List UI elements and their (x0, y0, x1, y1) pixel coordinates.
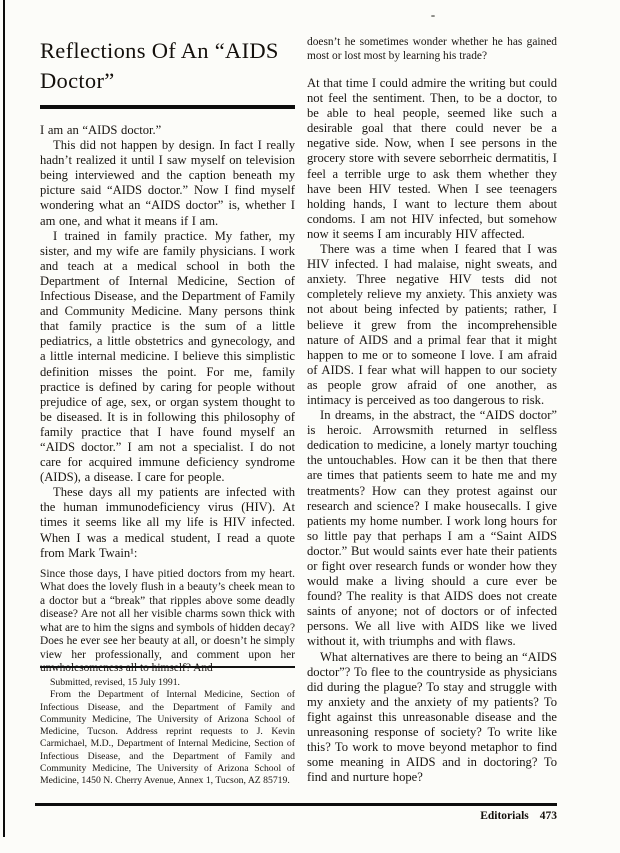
section-label: Editorials (480, 810, 529, 822)
footnote-affiliation: From the Department of Internal Medicine… (40, 689, 295, 787)
paragraph: There was a time when I feared that I wa… (307, 242, 557, 408)
article-title: Reflections Of An “AIDS Doctor” (40, 36, 295, 96)
footnote-submitted: Submitted, revised, 15 July 1991. (40, 677, 295, 689)
left-column: Reflections Of An “AIDS Doctor” I am an … (40, 36, 295, 676)
page-footer: Editorials473 (35, 810, 557, 822)
footer-rule (35, 803, 557, 806)
right-column: doesn’t he sometimes wonder whether he h… (307, 36, 557, 785)
title-rule (40, 105, 295, 109)
page-edge-scan-line (3, 0, 5, 837)
scan-speck (431, 15, 435, 17)
paragraph: This did not happen by design. In fact I… (40, 138, 295, 229)
page-number: 473 (540, 810, 557, 822)
journal-page: Reflections Of An “AIDS Doctor” I am an … (0, 0, 620, 853)
paragraph: These days all my patients are infected … (40, 485, 295, 560)
paragraph: I trained in family practice. My father,… (40, 229, 295, 486)
paragraph: What alternatives are there to being an … (307, 650, 557, 786)
footnote-rule (40, 666, 295, 668)
block-quote: Since those days, I have pitied doctors … (40, 568, 295, 676)
paragraph-opening: I am an “AIDS doctor.” (40, 123, 295, 138)
block-quote-continuation: doesn’t he sometimes wonder whether he h… (307, 36, 557, 63)
paragraph: At that time I could admire the writing … (307, 76, 557, 242)
footnote: Submitted, revised, 15 July 1991. From t… (40, 666, 295, 788)
paragraph: In dreams, in the abstract, the “AIDS do… (307, 408, 557, 650)
